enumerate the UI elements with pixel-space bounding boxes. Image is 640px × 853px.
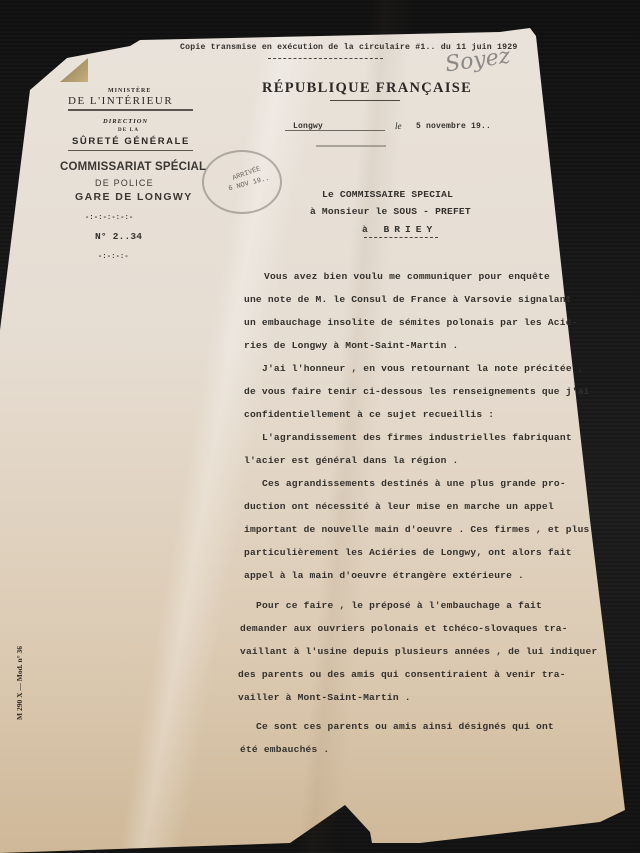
letterhead-direction: DIRECTION <box>103 118 148 125</box>
body-line: Pour ce faire , le préposé à l'embauchag… <box>256 600 542 611</box>
body-line: particulièrement les Aciéries de Longwy,… <box>244 547 572 558</box>
header-rule <box>268 58 383 59</box>
republique-heading: RÉPUBLIQUE FRANÇAISE <box>262 80 472 97</box>
reference-number: N° 2..34 <box>95 231 142 242</box>
body-line: duction ont nécessité à leur mise en mar… <box>244 501 554 512</box>
body-line: vailler à Mont-Saint-Martin . <box>238 692 411 703</box>
letterhead-surete: SÛRETÉ GÉNÉRALE <box>72 136 190 147</box>
letterhead-dashes: -:-:-:-:-:- <box>85 214 133 222</box>
letterhead-rule-2 <box>68 150 193 151</box>
letterhead-ministere: MINISTÈRE <box>108 88 151 94</box>
city-rule <box>364 237 438 238</box>
letterhead-gare: GARE DE LONGWY <box>75 191 193 203</box>
body-line: demander aux ouvriers polonais et tchéco… <box>240 623 568 634</box>
body-line: ries de Longwy à Mont-Saint-Martin . <box>244 340 458 351</box>
body-line: une note de M. le Consul de France à Var… <box>244 294 572 305</box>
letterhead-de-la: DE LA <box>118 128 139 133</box>
body-line: L'agrandissement des firmes industrielle… <box>262 432 572 443</box>
letterhead-rule <box>68 109 193 111</box>
body-line: important de nouvelle main d'oeuvre . Ce… <box>244 524 590 535</box>
body-line: Vous avez bien voulu me communiquer pour… <box>264 271 550 282</box>
body-line: confidentiellement à ce sujet recueillis… <box>244 409 494 420</box>
letterhead-interieur: DE L'INTÉRIEUR <box>68 95 173 107</box>
recipient-city: à BRIEY <box>362 224 437 235</box>
letterhead-de-police: DE POLICE <box>95 178 154 188</box>
republique-rule <box>330 100 400 101</box>
body-line: Ce sont ces parents ou amis ainsi désign… <box>256 721 554 732</box>
body-line: appel à la main d'oeuvre étrangère extér… <box>244 570 524 581</box>
place-underline <box>316 145 386 147</box>
date-le: le <box>395 121 402 131</box>
body-line: des parents ou des amis qui consentiraie… <box>238 669 566 680</box>
letter-date: 5 novembre 19.. <box>416 122 491 131</box>
body-line: un embauchage insolite de sémites polona… <box>244 317 578 328</box>
body-line: Ces agrandissements destinés à une plus … <box>262 478 566 489</box>
place-line <box>285 130 385 131</box>
body-line: de vous faire tenir ci-dessous les rense… <box>244 386 590 397</box>
body-line: vaillant à l'usine depuis plusieurs anné… <box>240 646 597 657</box>
body-line: l'acier est général dans la région . <box>244 455 458 466</box>
body-line: J'ai l'honneur , en vous retournant la n… <box>262 363 584 374</box>
recipient: à Monsieur le SOUS - PREFET <box>310 206 471 217</box>
sender: Le COMMISSAIRE SPECIAL <box>322 189 453 200</box>
body-line: été embauchés . <box>240 744 329 755</box>
letterhead-commissariat: COMMISSARIAT SPÉCIAL <box>60 161 206 173</box>
letterhead-dashes-2: -:-:-:- <box>98 253 129 261</box>
form-model-mark: M 290 X — Mod. n° 36 <box>15 646 24 720</box>
